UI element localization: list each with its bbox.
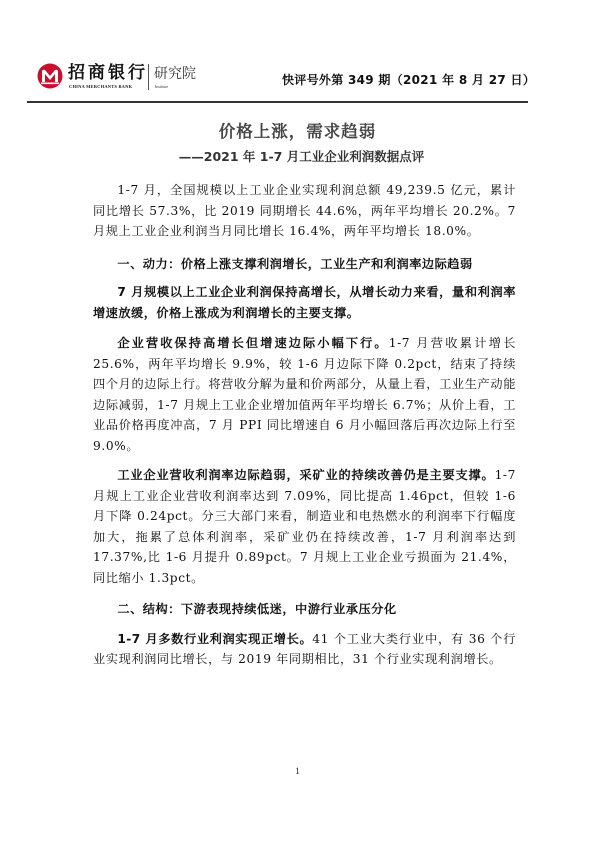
- institute-name-en: Institute: [155, 84, 168, 89]
- para-text: 1-7 月营收累计增长 25.6%，两年平均增长 9.9%，较 1-6 月边际下…: [93, 336, 516, 453]
- section-heading-1: 一、动力：价格上涨支撑利润增长，工业生产和利润率边际趋弱: [93, 254, 516, 275]
- section2-paragraph-1: 1-7 月多数行业利润实现正增长。41 个工业大类行业中，有 36 个行业实现利…: [93, 629, 516, 670]
- section1-paragraph-1: 企业营收保持高增长但增速边际小幅下行。1-7 月营收累计增长 25.6%，两年平…: [93, 333, 516, 456]
- page-number: 1: [0, 766, 595, 776]
- brand-name-cn: 招商银行: [68, 63, 148, 83]
- report-header: 招商银行 CHINA MERCHANTS BANK 研究院 Institute …: [0, 0, 595, 104]
- report-subtitle: ——2021 年 1-7 月工业企业利润数据点评: [0, 147, 595, 165]
- institute-name-cn: 研究院: [154, 65, 196, 83]
- intro-paragraph: 1-7 月，全国规模以上工业企业实现利润总额 49,239.5 亿元，累计同比增…: [93, 180, 516, 242]
- report-title: 价格上涨，需求趋弱: [0, 118, 595, 142]
- logo-divider: [148, 64, 149, 90]
- cmb-logo-icon: [37, 63, 63, 89]
- brand-name-en: CHINA MERCHANTS BANK: [69, 84, 132, 89]
- section-heading-2: 二、结构：下游表现持续低迷，中游行业承压分化: [93, 599, 516, 620]
- para-bold-lead: 企业营收保持高增长但增速边际小幅下行。: [117, 336, 388, 350]
- section1-lead: 7 月规模以上工业企业利润保持高增长，从增长动力来看，量和利润率增速放缓，价格上…: [93, 282, 516, 324]
- issue-label: 快评号外第 349 期（2021 年 8 月 27 日）: [282, 71, 535, 88]
- header-rule: [27, 101, 528, 103]
- report-body: 1-7 月，全国规模以上工业企业实现利润总额 49,239.5 亿元，累计同比增…: [93, 180, 516, 670]
- para-text: 1-7 月规上工业企业营收利润率达到 7.09%，同比提高 1.46pct，但较…: [93, 468, 516, 585]
- section1-paragraph-2: 工业企业营收利润率边际趋弱，采矿业的持续改善仍是主要支撑。1-7 月规上工业企业…: [93, 465, 516, 588]
- para-bold-lead: 工业企业营收利润率边际趋弱，采矿业的持续改善仍是主要支撑。: [117, 468, 494, 482]
- para-bold-lead: 1-7 月多数行业利润实现正增长。: [117, 632, 312, 646]
